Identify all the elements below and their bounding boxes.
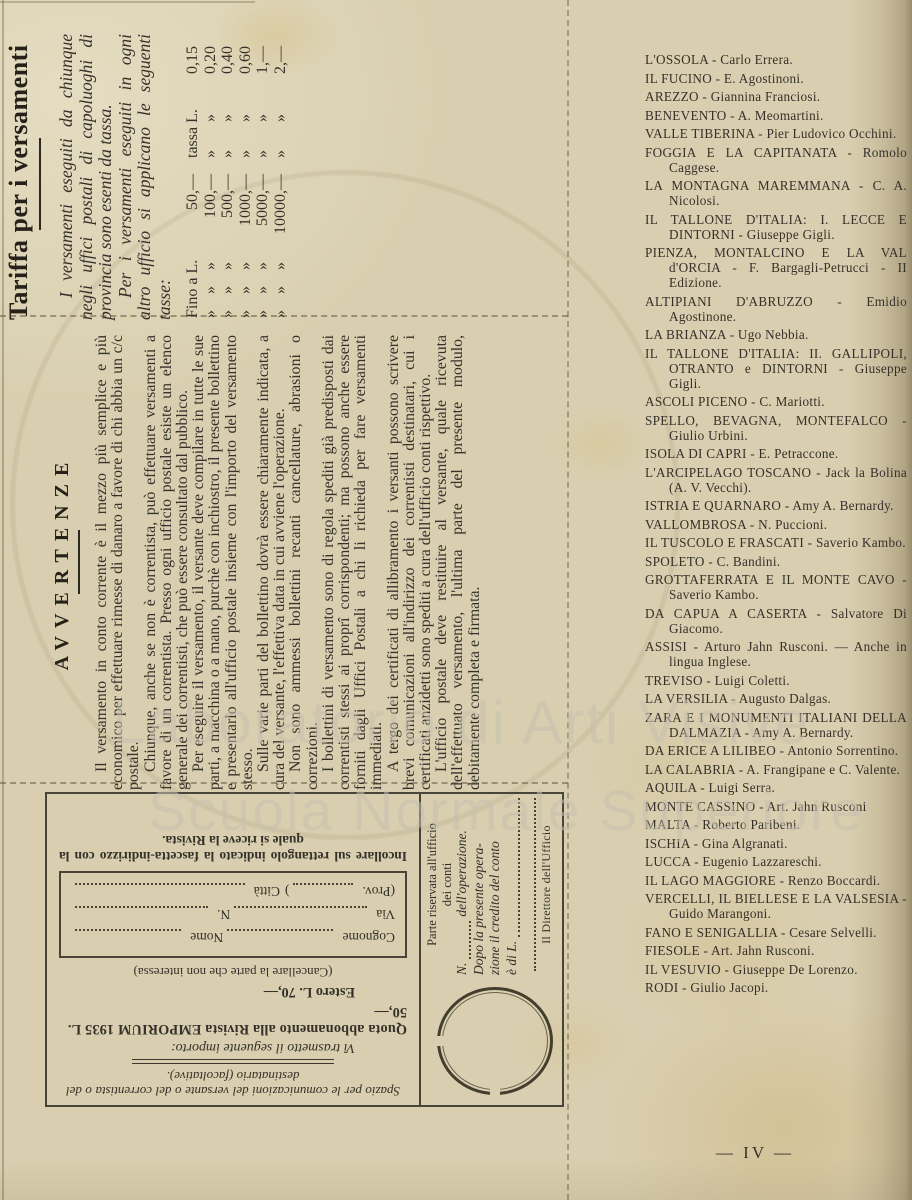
tariff-tax-cell: 0,40 <box>219 46 237 86</box>
book-list-item: DA CAPUA A CASERTA - Salvatore Di Giacom… <box>645 606 907 636</box>
avvertenze-title-rule <box>78 531 80 595</box>
tariff-table-row: Fino a L. 50,— tassa L. 0,15 <box>184 34 202 318</box>
form-office-part: Parte riservata all'ufficio dei conti N.… <box>419 794 562 1105</box>
tariff-table: Fino a L. 50,— tassa L. 0,15 » » » 100,—… <box>184 34 290 320</box>
form-subscriber-part: Spazio per le comunicazioni del versante… <box>47 794 419 1105</box>
avvertenze-paragraph: Sulle varie parti del bollettino dovrà e… <box>256 335 288 790</box>
tariff-range-cell: » » » <box>202 236 220 318</box>
avvertenze-paragraph: Non sono ammessi bollettini recanti canc… <box>288 335 320 790</box>
double-rule <box>132 1059 334 1064</box>
book-list-item: GROTTAFERRATA E IL MONTE CAVO - Saverio … <box>645 572 907 602</box>
book-list-item: VERCELLI, IL BIELLESE E LA VALSESIA - Gu… <box>645 891 907 921</box>
stamp-ring-gap <box>490 1086 500 1095</box>
glue-instruction-line1: Incollare sul rettangolo indicato la fas… <box>59 848 407 864</box>
tariff-tax-cell: 0,20 <box>202 46 220 86</box>
tariff-taxlabel-cell: » » <box>254 86 272 158</box>
book-list-item: AREZZO - Giannina Franciosi. <box>645 89 907 104</box>
book-list-item: FIESOLE - Art. Jahn Rusconi. <box>645 943 907 958</box>
book-list-item: VALLOMBROSA - N. Puccioni. <box>645 517 907 532</box>
tariff-title-rule <box>39 138 41 230</box>
tariff-amount-cell: 100,— <box>202 174 220 236</box>
office-reserved-label-line2: dei conti <box>440 794 455 975</box>
tariff-taxlabel-cell: » » <box>237 86 255 158</box>
avvertenze-paragraph: L'ufficio postale deve restituire al ver… <box>434 335 483 790</box>
avvertenze-title: AVVERTENZE <box>51 335 74 790</box>
office-text-column: Parte riservata all'ufficio dei conti N.… <box>423 794 562 975</box>
book-list-item: IL TALLONE D'ITALIA: II. GALLIPOLI, OTRA… <box>645 346 907 391</box>
city-dotted-field <box>75 883 245 896</box>
credit-amount-prefix: è di L. <box>504 941 521 975</box>
book-list-item: LUCCA - Eugenio Lazzareschi. <box>645 854 907 869</box>
tariff-intro-paragraph: I versamenti eseguiti da chiunque negli … <box>57 34 116 320</box>
avvertenze-paragraph: Il versamento in conto corrente è il mez… <box>94 335 143 790</box>
signature-line <box>520 794 536 975</box>
tariff-amount-cell: 500,— <box>219 174 237 236</box>
street-label: Via <box>376 906 395 922</box>
office-reserved-label-line1: Parte riservata all'ufficio <box>425 794 440 975</box>
address-box: Cognome Nome Via N. (Prov. ) Città <box>59 871 407 958</box>
book-list-item: LA CALABRIA - A. Frangipane e C. Valente… <box>645 762 907 777</box>
communications-space-note: Spazio per le comunicazioni del versante… <box>66 1069 400 1099</box>
office-reserved-section: Parte riservata all'ufficio dei conti N.… <box>421 794 562 1105</box>
credit-line1: Dopo la presente opera- <box>471 794 488 975</box>
operation-number-dotted-field <box>457 921 470 959</box>
stamp-circle <box>437 987 553 1095</box>
name-dotted-field <box>75 929 181 942</box>
book-list-item: MONTE CASSINO - Art. Jahn Rusconi <box>645 799 907 814</box>
tariff-table-row: » » » 5000,— » » 1,— <box>254 34 272 318</box>
tariff-table-row: » » » 1000,— » » 0,60 <box>237 34 255 318</box>
book-list-item: ALTIPIANI D'ABRUZZO - Emidio Agostinone. <box>645 294 907 324</box>
tariff-amount-cell: 5000,— <box>254 174 272 236</box>
tariff-intro-paragraph: Per i versamenti eseguiti in ogni altro … <box>116 34 175 320</box>
book-list-item: DA ERICE A LILIBEO - Antonio Sorrentino. <box>645 743 907 758</box>
book-list-item: SPELLO, BEVAGNA, MONTEFALCO - Giulio Urb… <box>645 413 907 443</box>
book-list-item: AQUILA - Luigi Serra. <box>645 780 907 795</box>
tariff-tax-cell: 2,— <box>272 46 290 86</box>
tariff-amount-cell: 10000,— <box>272 174 290 236</box>
subscription-quota-line: Quota abbonamento alla Rivista EMPORIUM … <box>59 1003 407 1037</box>
book-list-item: LA VERSILIA - Augusto Dalgas. <box>645 691 907 706</box>
tariff-section: Tariffa per i versamenti I versamenti es… <box>0 0 620 330</box>
page-number: — IV — <box>695 1143 815 1163</box>
avvertenze-paragraph: Per eseguire il versamento, il versante … <box>191 335 256 790</box>
foreign-quota-line: Estero L. 70,— <box>59 983 355 1000</box>
tariff-taxlabel-cell: » » <box>272 86 290 158</box>
operation-number-line: N. dell'operazione. <box>454 794 471 975</box>
book-list-item: VALLE TIBERINA - Pier Ludovico Occhini. <box>645 126 907 141</box>
avvertenze-paragraph: Chiunque, anche se non è correntista, pu… <box>143 335 192 790</box>
city-label: Città <box>254 883 280 899</box>
operation-number-suffix: dell'operazione. <box>454 830 471 917</box>
prov-dotted-field <box>294 883 354 896</box>
credit-amount-line: è di L. <box>504 794 521 975</box>
book-list-item: IL VESUVIO - Giuseppe De Lorenzo. <box>645 962 907 977</box>
operation-number-prefix: N. <box>454 963 471 975</box>
street-dotted-field <box>234 906 367 919</box>
tariff-tax-cell: 0,15 <box>184 46 202 86</box>
transmit-amount-label: Vi trasmetto il seguente importo: <box>59 1039 355 1055</box>
book-list-item: TREVISO - Luigi Coletti. <box>645 673 907 688</box>
address-row-street: Via N. <box>71 906 395 929</box>
tariff-tax-cell: 0,60 <box>237 46 255 86</box>
tariff-range-cell: Fino a L. <box>184 236 202 318</box>
scanned-postal-form-page: Tariffa per i versamenti I versamenti es… <box>0 0 912 1200</box>
book-list-item: LA MONTAGNA MAREMMANA - C. A. Nicolosi. <box>645 178 907 208</box>
tariff-range-cell: » » » <box>254 236 272 318</box>
stamp-ring-gap <box>436 1036 445 1046</box>
book-list-item: MALTA - Roberto Paribeni. <box>645 817 907 832</box>
address-row-city: (Prov. ) Città <box>71 883 395 906</box>
book-list-item: ISTRIA E QUARNARO - Amy A. Bernardy. <box>645 498 907 513</box>
book-list: L'OSSOLA - Carlo Errera. IL FUCINO - E. … <box>645 52 907 999</box>
book-list-item: IL LAGO MAGGIORE - Renzo Boccardi. <box>645 873 907 888</box>
book-list-item: IL TUSCOLO E FRASCATI - Saverio Kambo. <box>645 535 907 550</box>
tariff-taxlabel-cell: tassa L. <box>184 86 202 158</box>
tariff-table-row: » » » 10000,— » » 2,— <box>272 34 290 318</box>
name-label: Nome <box>190 929 223 945</box>
book-list-item: ZARA E I MONUMENTI ITALIANI DELLA DALMAZ… <box>645 710 907 740</box>
payment-form-box: Spazio per le comunicazioni del versante… <box>45 792 564 1107</box>
book-list-item: LA BRIANZA - Ugo Nebbia. <box>645 327 907 342</box>
book-list-item: BENEVENTO - A. Meomartini. <box>645 108 907 123</box>
tariff-title: Tariffa per i versamenti <box>4 34 34 320</box>
avvertenze-paragraph: A tergo dei certificati di allibramento … <box>386 335 435 790</box>
number-dotted-field <box>75 906 208 919</box>
book-list-item: RODI - Giulio Jacopi. <box>645 980 907 995</box>
prov-close-label: ) <box>285 883 290 899</box>
book-list-item: SPOLETO - C. Bandini. <box>645 554 907 569</box>
signature-dotted-field <box>520 798 536 971</box>
book-list-item: IL FUCINO - E. Agostinoni. <box>645 71 907 86</box>
cancel-instruction: (Cancellare la parte che non interessa) <box>59 964 407 980</box>
tariff-range-cell: » » » <box>219 236 237 318</box>
credit-line2: zione il credito del conto <box>487 794 504 975</box>
credit-amount-dotted-field <box>507 798 520 937</box>
glue-instruction-line2: quale si riceve la Rivista. <box>59 832 407 848</box>
tariff-range-cell: » » » <box>272 236 290 318</box>
surname-dotted-field <box>227 929 333 942</box>
surname-label: Cognome <box>343 929 396 945</box>
tariff-amount-cell: 50,— <box>184 174 202 236</box>
book-list-item: ISCHIA - Gina Algranati. <box>645 836 907 851</box>
director-label: Il Direttore dell'Ufficio <box>539 794 554 975</box>
tariff-tax-cell: 1,— <box>254 46 272 86</box>
book-list-item: ASCOLI PICENO - C. Mariotti. <box>645 394 907 409</box>
address-row-name: Cognome Nome <box>71 929 395 952</box>
book-list-item: ASSISI - Arturo Jahn Rusconi. — Anche in… <box>645 639 907 669</box>
tariff-table-row: » » » 100,— » » 0,20 <box>202 34 220 318</box>
book-list-item: FANO E SENIGALLIA - Cesare Selvelli. <box>645 925 907 940</box>
book-list-item: PIENZA, MONTALCINO E LA VAL d'ORCIA - F.… <box>645 245 907 290</box>
avvertenze-paragraphs: Il versamento in conto corrente è il mez… <box>94 335 483 790</box>
book-list-item: L'ARCIPELAGO TOSCANO - Jack la Bolina (A… <box>645 465 907 495</box>
book-list-item: IL TALLONE D'ITALIA: I. LECCE E DINTORNI… <box>645 212 907 242</box>
book-list-item: FOGGIA E LA CAPITANATA - Romolo Caggese. <box>645 145 907 175</box>
avvertenze-section: AVVERTENZE Il versamento in conto corren… <box>35 335 530 790</box>
stamp-ring-gap <box>537 996 550 1009</box>
prov-open-label: (Prov. <box>363 883 396 899</box>
tariff-table-row: » » » 500,— » » 0,40 <box>219 34 237 318</box>
number-label: N. <box>217 906 230 922</box>
tariff-amount-cell: 1000,— <box>237 174 255 236</box>
tariff-taxlabel-cell: » » <box>202 86 220 158</box>
tariff-range-cell: » » » <box>237 236 255 318</box>
book-list-item: ISOLA DI CAPRI - E. Petraccone. <box>645 446 907 461</box>
tariff-taxlabel-cell: » » <box>219 86 237 158</box>
book-list-item: L'OSSOLA - Carlo Errera. <box>645 52 907 67</box>
avvertenze-paragraph: I bollettini di versamento sono di regol… <box>321 335 386 790</box>
